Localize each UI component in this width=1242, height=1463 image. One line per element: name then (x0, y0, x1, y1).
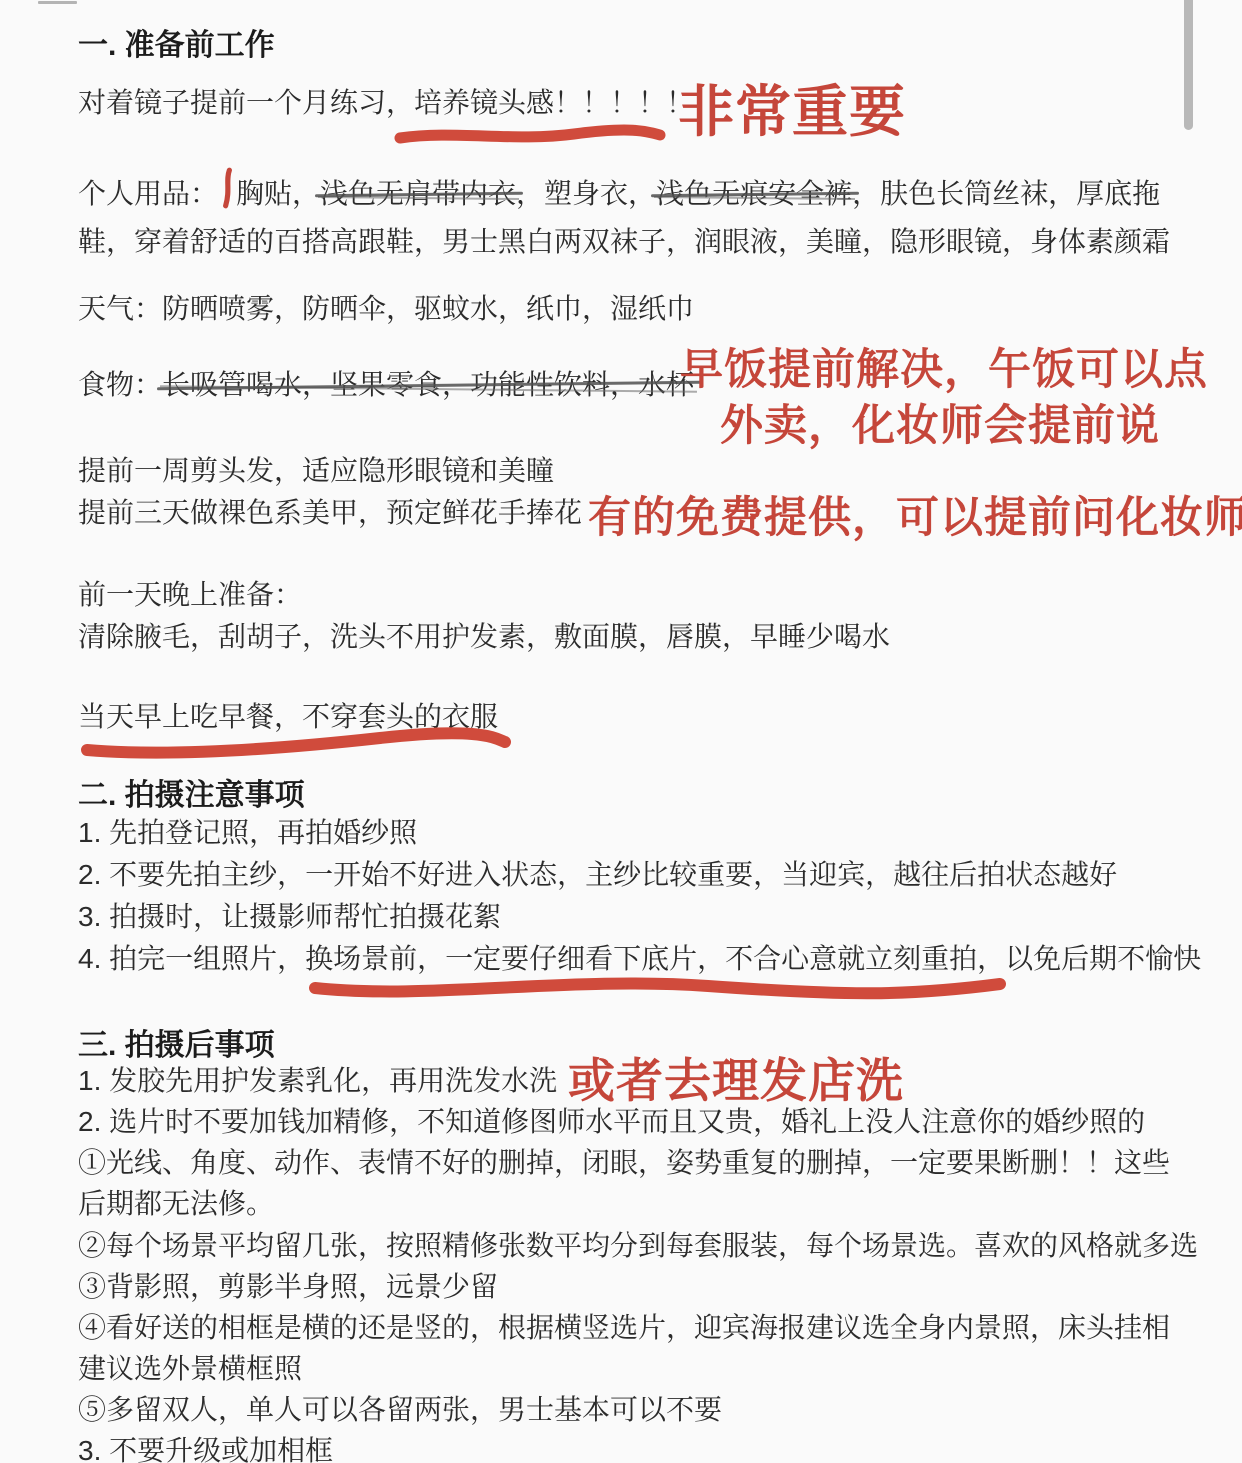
annotation-salon-wash: 或者去理发店洗 (568, 1044, 904, 1111)
post-sub4-line1: ④看好送的相框是横的还是竖的，根据横竖选片，迎宾海报建议选全身内景照，床头挂相 (78, 1309, 1170, 1347)
struck-item-underwear: 浅色无肩带内衣 (320, 178, 516, 209)
annotation-meals-line2: 外卖，化妆师会提前说 (720, 392, 1160, 453)
annotation-very-important: 非常重要 (678, 68, 906, 148)
food-label: 食物： (78, 369, 162, 400)
manicure-line: 提前三天做裸色系美甲，预定鲜花手捧花 (78, 494, 582, 532)
section2-title: 二. 拍摄注意事项 (78, 770, 305, 814)
red-underline-icon (308, 970, 1008, 1004)
post-sub2: ②每个场景平均留几张，按照精修张数平均分到每套服装，每个场景选。喜欢的风格就多选 (78, 1227, 1198, 1265)
post-sub4-line2: 建议选外景横框照 (78, 1350, 302, 1388)
post-sub1-line1: ①光线、角度、动作、表情不好的删掉，闭眼，姿势重复的删掉，一定要果断删！！这些 (78, 1144, 1170, 1182)
personal-items-line1: 个人用品：胸贴，浅色无肩带内衣，塑身衣，浅色无痕安全裤，肤色长筒丝袜，厚底拖 (78, 167, 1170, 218)
shoot-item-3: 3. 拍摄时，让摄影师帮忙拍摄花絮 (78, 898, 501, 936)
night-before-title: 前一天晚上准备： (78, 576, 302, 614)
haircut-line: 提前一周剪头发，适应隐形眼镜和美瞳 (78, 452, 554, 490)
personal-item-text: 胸贴， (236, 178, 320, 209)
annotation-free-flowers: 有的免费提供，可以提前问化妆师 (588, 484, 1242, 545)
annotation-meals-line1: 早饭提前解决，午饭可以点 (680, 336, 1208, 397)
practice-underlined-text: 培养镜头感！！！！！ (414, 87, 694, 118)
personal-items-paragraph: 个人用品：胸贴，浅色无肩带内衣，塑身衣，浅色无痕安全裤，肤色长筒丝袜，厚底拖 鞋… (78, 167, 1170, 266)
post-item-3: 3. 不要升级或加相框 (78, 1432, 333, 1463)
personal-item-text: ，塑身衣， (516, 178, 656, 209)
shoot-item-2: 2. 不要先拍主纱，一开始不好进入状态，主纱比较重要，当迎宾，越往后拍状态越好 (78, 856, 1117, 894)
document-page: 一. 准备前工作 对着镜子提前一个月练习，培养镜头感！！！！！ 非常重要 个人用… (0, 0, 1242, 1463)
red-underline-icon (394, 122, 666, 148)
red-underline-icon (80, 726, 512, 760)
section1-title: 一. 准备前工作 (78, 20, 275, 64)
post-sub5: ⑤多留双人，单人可以各留两张，男士基本可以不要 (78, 1391, 722, 1429)
section3-title: 三. 拍摄后事项 (78, 1020, 275, 1064)
personal-item-text: ，肤色长筒丝袜，厚底拖 (852, 178, 1160, 209)
practice-line: 对着镜子提前一个月练习，培养镜头感！！！！！ (78, 84, 694, 122)
practice-text: 对着镜子提前一个月练习， (78, 87, 414, 118)
shoot-item-1: 1. 先拍登记照，再拍婚纱照 (78, 814, 417, 852)
personal-items-line2: 鞋，穿着舒适的百搭高跟鞋，男士黑白两双袜子，润眼液，美瞳，隐形眼镜，身体素颜霜 (78, 218, 1170, 266)
weather-line: 天气：防晒喷雾，防晒伞，驱蚊水，纸巾，湿纸巾 (78, 290, 694, 328)
food-line: 食物：长吸管喝水，坚果零食，功能性饮料，水杯 (78, 366, 694, 404)
personal-items-label: 个人用品： (78, 178, 218, 209)
struck-item-safety-pants: 浅色无痕安全裤 (656, 178, 852, 209)
red-tick-icon (220, 167, 235, 209)
post-sub3: ③背影照，剪影半身照，远景少留 (78, 1268, 498, 1306)
clipped-ui-fragment (38, 1, 77, 4)
night-before-items: 清除腋毛，刮胡子，洗头不用护发素，敷面膜，唇膜，早睡少喝水 (78, 618, 890, 656)
post-sub1-line2: 后期都无法修。 (78, 1185, 274, 1223)
post-item-1: 1. 发胶先用护发素乳化，再用洗发水洗 (78, 1062, 557, 1100)
struck-food-items: 长吸管喝水，坚果零食，功能性饮料，水杯 (162, 369, 694, 400)
post-item-2: 2. 选片时不要加钱加精修，不知道修图师水平而且又贵，婚礼上没人注意你的婚纱照的 (78, 1103, 1145, 1141)
scrollbar-thumb[interactable] (1184, 0, 1193, 130)
